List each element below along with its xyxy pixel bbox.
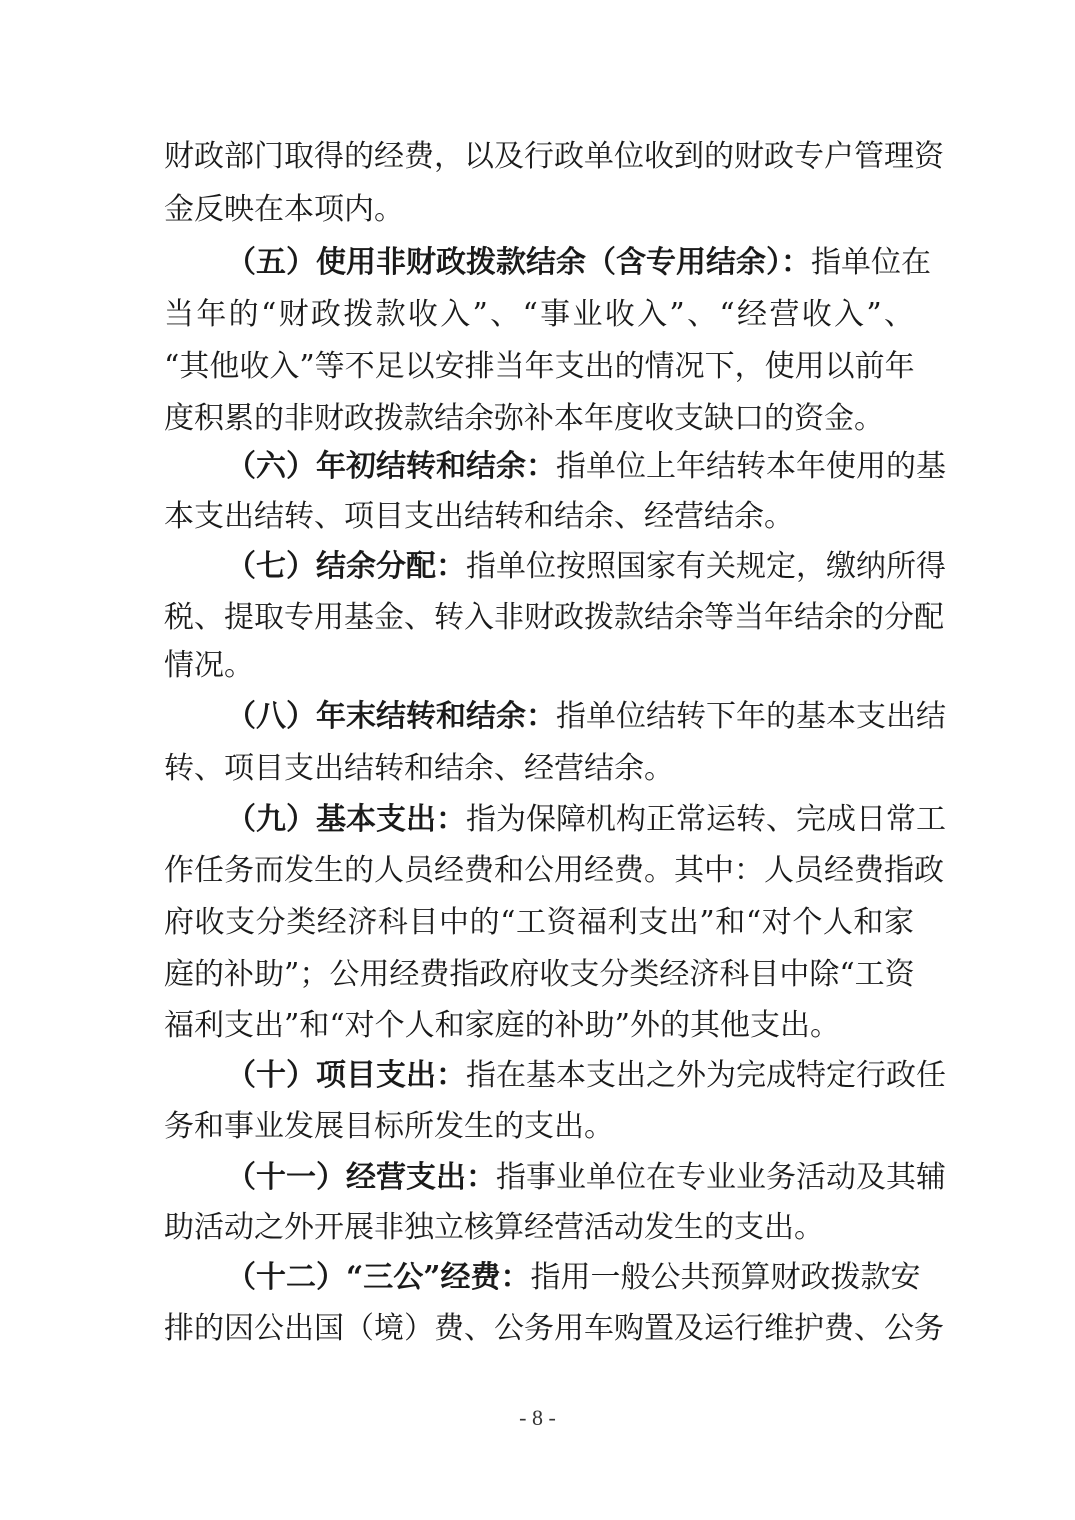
section-heading-10: （十）项目支出：指在基本支出之外为完成特定行政任 <box>164 1056 914 1096</box>
section-heading-5: （五）使用非财政拨款结余（含专用结余）：指单位在 <box>164 243 914 283</box>
section-title: （五）使用非财政拨款结余（含专用结余）： <box>226 245 811 280</box>
section-title: （六）年初结转和结余： <box>226 449 556 484</box>
section-heading-11: （十一）经营支出：指事业单位在专业业务活动及其辅 <box>164 1158 914 1198</box>
section-title: （十一）经营支出： <box>226 1160 496 1195</box>
section-heading-6: （六）年初结转和结余：指单位上年结转本年使用的基 <box>164 447 914 487</box>
section-title: （十二）“三公”经费： <box>226 1260 531 1295</box>
text-line: 作任务而发生的人员经费和公用经费。其中：人员经费指政 <box>164 851 914 891</box>
text-line: 财政部门取得的经费，以及行政单位收到的财政专户管理资 <box>164 137 914 177</box>
text-line: 情况。 <box>164 646 914 686</box>
text-line: 府收支分类经济科目中的“工资福利支出”和“对个人和家 <box>164 903 914 943</box>
section-title: （七）结余分配： <box>226 549 466 584</box>
text-line: 排的因公出国（境）费、公务用车购置及运行维护费、公务 <box>164 1309 914 1349</box>
text-line: 务和事业发展目标所发生的支出。 <box>164 1107 914 1147</box>
text-line: 本支出结转、项目支出结转和结余、经营结余。 <box>164 497 914 537</box>
section-heading-9: （九）基本支出：指为保障机构正常运转、完成日常工 <box>164 800 914 840</box>
page-number: - 8 - <box>0 1404 1075 1432</box>
section-heading-8: （八）年末结转和结余：指单位结转下年的基本支出结 <box>164 697 914 737</box>
section-title: （十）项目支出： <box>226 1058 466 1093</box>
section-title: （九）基本支出： <box>226 802 466 837</box>
text-line: 庭的补助”；公用经费指政府收支分类经济科目中除“工资 <box>164 955 914 995</box>
text-line: “其他收入”等不足以安排当年支出的情况下，使用以前年 <box>164 347 914 387</box>
text-line: 度积累的非财政拨款结余弥补本年度收支缺口的资金。 <box>164 399 914 439</box>
text-line: 金反映在本项内。 <box>164 190 914 230</box>
text-line: 税、提取专用基金、转入非财政拨款结余等当年结余的分配 <box>164 598 914 638</box>
text-line: 当年的“财政拨款收入”、“事业收入”、“经营收入”、 <box>164 295 914 335</box>
section-heading-7: （七）结余分配：指单位按照国家有关规定，缴纳所得 <box>164 547 914 587</box>
text-line: 福利支出”和“对个人和家庭的补助”外的其他支出。 <box>164 1006 914 1046</box>
document-page: 财政部门取得的经费，以及行政单位收到的财政专户管理资 金反映在本项内。 （五）使… <box>0 0 1075 1520</box>
section-title: （八）年末结转和结余： <box>226 699 556 734</box>
section-heading-12: （十二）“三公”经费：指用一般公共预算财政拨款安 <box>164 1258 914 1298</box>
text-line: 转、项目支出结转和结余、经营结余。 <box>164 749 914 789</box>
text-line: 助活动之外开展非独立核算经营活动发生的支出。 <box>164 1208 914 1248</box>
